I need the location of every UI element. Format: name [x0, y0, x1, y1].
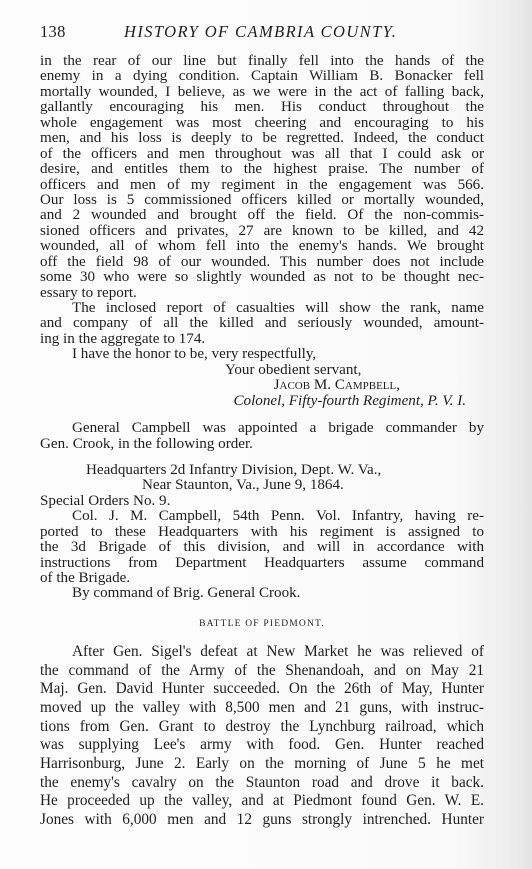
order-heading-line: Headquarters 2d Infantry Division, Dept.…: [40, 463, 484, 478]
text-line: gallantly encouraging his men. His condu…: [40, 100, 484, 115]
book-page: 138 HISTORY OF CAMBRIA COUNTY. in the re…: [0, 0, 532, 869]
text-line: General Campbell was appointed a brigade…: [40, 421, 484, 436]
text-line: off the field 98 of our wounded. This nu…: [40, 255, 484, 270]
page-number: 138: [40, 22, 66, 42]
text-line: officers and men of my regiment in the e…: [40, 178, 484, 193]
closing-line: I have the honor to be, very respectfull…: [40, 347, 484, 362]
text-line: essary to report.: [40, 286, 484, 301]
text-line: whole engagement was most cheering and e…: [40, 116, 484, 131]
special-order: Headquarters 2d Infantry Division, Dept.…: [40, 463, 484, 602]
text-line: men, and his loss is deeply to be regret…: [40, 131, 484, 146]
battle-paragraph: After Gen. Sigel's defeat at New Market …: [40, 643, 484, 830]
running-title: HISTORY OF CAMBRIA COUNTY.: [124, 22, 397, 42]
page-body: in the rear of our line but finally fell…: [40, 54, 484, 830]
signoff-line: Your obedient servant,: [40, 363, 484, 378]
text-line: Our loss is 5 commissioned officers kill…: [40, 193, 484, 208]
text-line: He proceeded up the valley, and at Piedm…: [40, 792, 484, 811]
text-line: moved up the valley with 8,500 men and 2…: [40, 699, 484, 718]
text-line: of the Brigade.: [40, 571, 484, 586]
text-line: the 3d Brigade of this division, and wil…: [40, 540, 484, 555]
text-line: Col. J. M. Campbell, 54th Penn. Vol. Inf…: [40, 509, 484, 524]
text-line: ported to these Headquarters with his re…: [40, 525, 484, 540]
order-authority: By command of Brig. General Crook.: [40, 586, 484, 601]
text-line: The inclosed report of casualties will s…: [40, 301, 484, 316]
signer-title: Colonel, Fifty-fourth Regiment, P. V. I.: [40, 394, 484, 409]
text-line: enemy in a dying condition. Captain Will…: [40, 69, 484, 84]
narrative-paragraph: General Campbell was appointed a brigade…: [40, 421, 484, 452]
page-header: 138 HISTORY OF CAMBRIA COUNTY.: [40, 22, 485, 42]
text-line: Maj. Gen. David Hunter succeeded. On the…: [40, 680, 484, 699]
text-line: instructions from Department Headquarter…: [40, 556, 484, 571]
text-line: in the rear of our line but finally fell…: [40, 54, 484, 69]
casualties-paragraph: The inclosed report of casualties will s…: [40, 301, 484, 347]
order-number: Special Orders No. 9.: [40, 494, 484, 509]
signer-name: Jacob M. Campbell,: [40, 378, 484, 393]
text-line: After Gen. Sigel's defeat at New Market …: [40, 643, 484, 662]
text-line: mortally wounded, I believe, as we were …: [40, 85, 484, 100]
letter-closing: I have the honor to be, very respectfull…: [40, 347, 484, 409]
text-line: tions from Gen. Grant to destroy the Lyn…: [40, 718, 484, 737]
text-line: Harrisonburg, June 2. Early on the morni…: [40, 755, 484, 774]
order-heading-line: Near Staunton, Va., June 9, 1864.: [40, 478, 484, 493]
section-heading: BATTLE OF PIEDMONT.: [40, 616, 484, 632]
text-line: and company of all the killed and seriou…: [40, 316, 484, 331]
text-line: the enemy's cavalry on the Staunton road…: [40, 774, 484, 793]
text-line: some 30 who were so slightly wounded as …: [40, 270, 484, 285]
text-line: desire, and entitles them to the highest…: [40, 162, 484, 177]
text-line: Jones with 6,000 men and 12 guns strongl…: [40, 811, 484, 830]
text-line: of the officers and men throughout was a…: [40, 147, 484, 162]
text-line: sioned officers and privates, 27 are kno…: [40, 224, 484, 239]
text-line: Gen. Crook, in the following order.: [40, 437, 484, 452]
text-line: and 2 wounded and brought off the field.…: [40, 208, 484, 223]
report-paragraph: in the rear of our line but finally fell…: [40, 54, 484, 301]
text-line: wounded, all of whom fell into the enemy…: [40, 239, 484, 254]
text-line: was supplying Lee's army with food. Gen.…: [40, 736, 484, 755]
text-line: ing in the aggregate to 174.: [40, 332, 484, 347]
text-line: the command of the Army of the Shenandoa…: [40, 662, 484, 681]
